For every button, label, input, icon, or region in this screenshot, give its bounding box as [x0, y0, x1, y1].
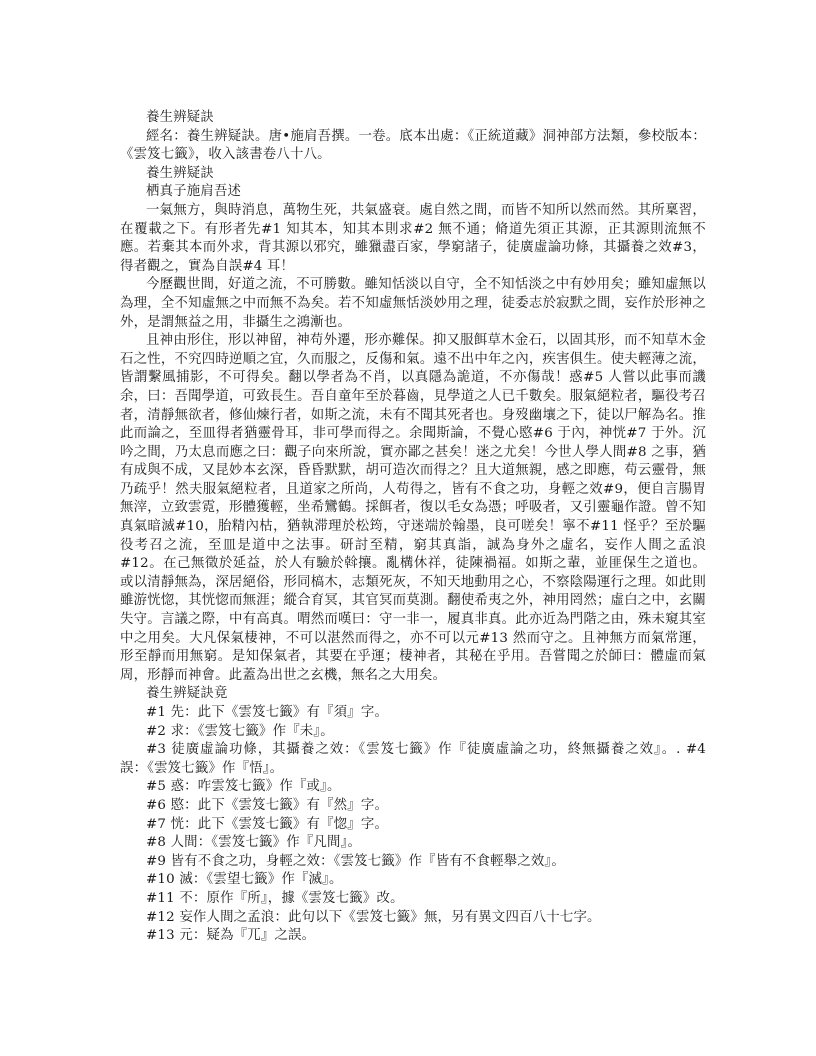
end-title: 養生辨疑訣竟 — [120, 685, 706, 704]
paragraph: 一氣無方，與時消息，萬物生死，共氣盛衰。處自然之間，而皆不知所以然而然。其所稟習… — [120, 202, 706, 276]
footnote: #12 妄作人間之孟浪：此句以下《雲笈七籤》無，另有異文四百八十七字。 — [120, 909, 706, 928]
footnote: #10 滅：《雲望七籤》作『滅』。 — [120, 871, 706, 890]
footnote: #7 恍：此下《雲笈七籤》有『惚』字。 — [120, 816, 706, 835]
footnote: #2 求：《雲笈七籤》作『未』。 — [120, 723, 706, 742]
footnote: #6 愍：此下《雲笈七籤》有『然』字。 — [120, 797, 706, 816]
footnote: #3 徒廣虛論功條，其攝養之效：《雲笈七籤》作『徒廣虛論之功，終無攝養之效』。.… — [120, 741, 706, 778]
document-heading: 養生辨疑訣 — [120, 165, 706, 184]
paragraph: 且神由形住，形以神留，神苟外遷，形亦難保。抑又服餌草木金石，以固其形，而不知草木… — [120, 332, 706, 685]
footnote: #9 皆有不食之功，身輕之效：《雲笈七籤》作『皆有不食輕舉之效』。 — [120, 853, 706, 872]
document-page: 養生辨疑訣 經名：養生辨疑訣。唐•施肩吾撰。一卷。底本出處：《正統道藏》洞神部方… — [120, 109, 706, 946]
footnote: #8 人間：《雲笈七籤》作『凡間』。 — [120, 834, 706, 853]
document-meta: 經名：養生辨疑訣。唐•施肩吾撰。一卷。底本出處：《正統道藏》洞神部方法類，參校版… — [120, 128, 706, 165]
footnote: #13 元：疑為『兀』之誤。 — [120, 927, 706, 946]
footnote: #11 不：原作『所』，據《雲笈七籤》改。 — [120, 890, 706, 909]
footnote: #1 先：此下《雲笈七籤》有『須』字。 — [120, 704, 706, 723]
document-title: 養生辨疑訣 — [120, 109, 706, 128]
footnote: #5 惑：咋雲笈七籤》作『或』。 — [120, 778, 706, 797]
paragraph: 今歷觀世間，好道之流，不可勝數。雖知恬淡以自守，全不知恬淡之中有妙用矣；雖知虛無… — [120, 276, 706, 332]
document-author: 栖真子施肩吾述 — [120, 183, 706, 202]
